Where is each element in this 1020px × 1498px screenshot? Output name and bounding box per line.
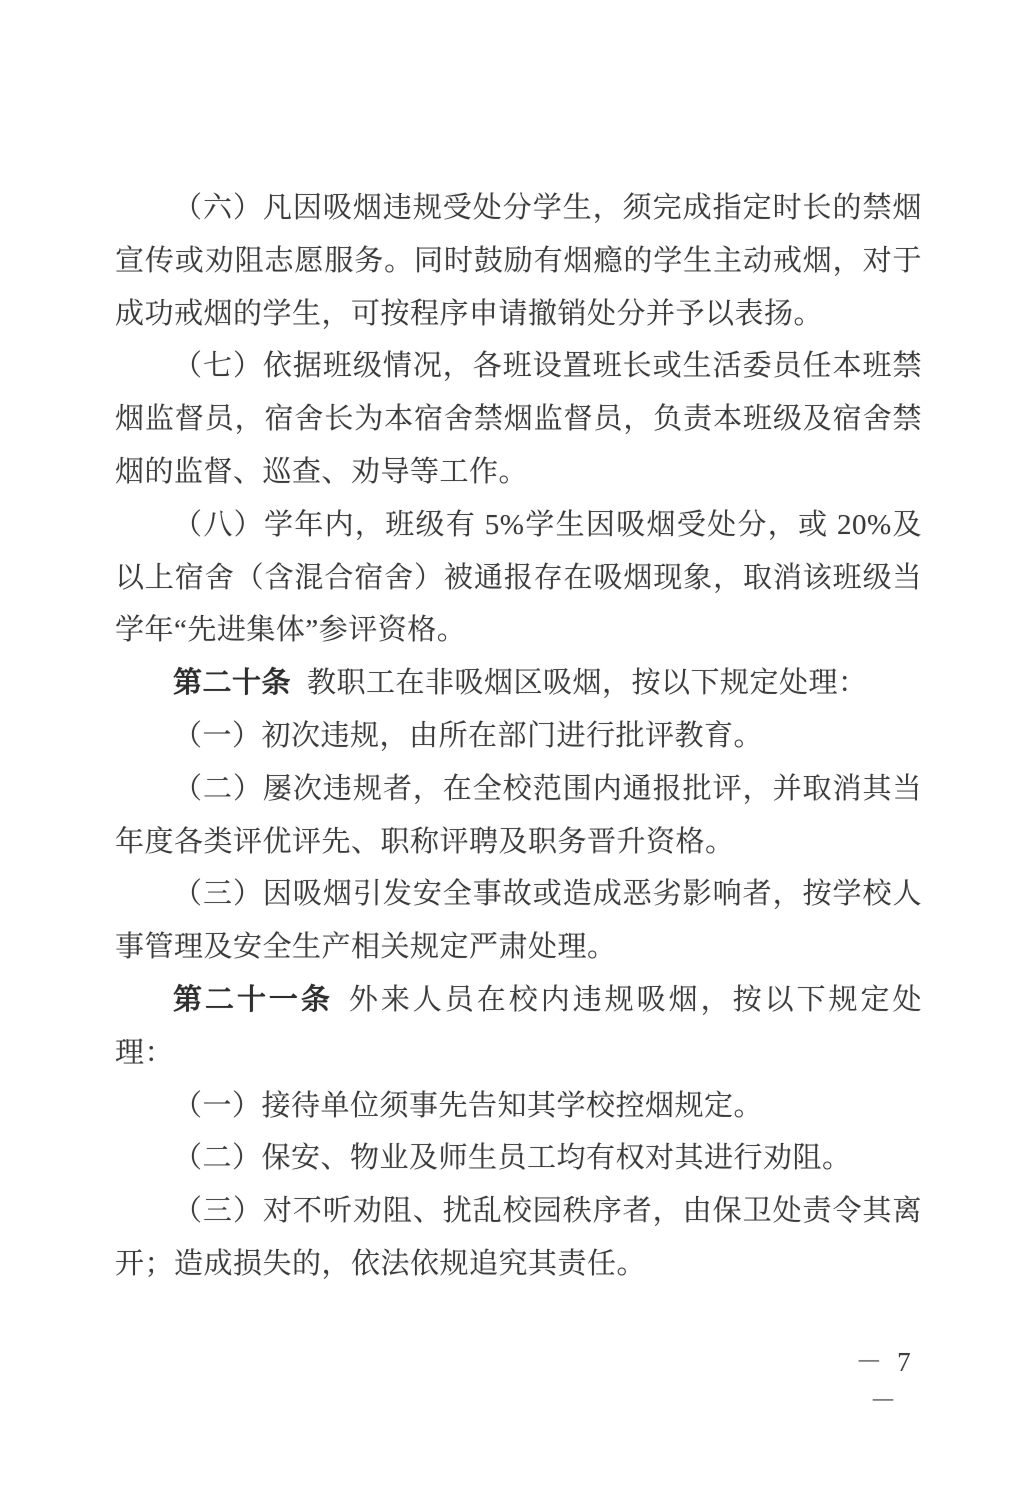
- paragraph-item-6: （六）凡因吸烟违规受处分学生，须完成指定时长的禁烟宣传或劝阻志愿服务。同时鼓励有…: [115, 182, 922, 340]
- paragraph-article-20-item-3: （三）因吸烟引发安全事故或造成恶劣影响者，按学校人事管理及安全生产相关规定严肃处…: [115, 868, 922, 974]
- paragraph-article-20: 第二十条教职工在非吸烟区吸烟，按以下规定处理：: [115, 657, 922, 710]
- paragraph-article-21: 第二十一条外来人员在校内违规吸烟，按以下规定处理：: [115, 974, 922, 1080]
- paragraph-article-20-item-2: （二）屡次违规者，在全校范围内通报批评，并取消其当年度各类评优评先、职称评聘及职…: [115, 763, 922, 869]
- article-text: 教职工在非吸烟区吸烟，按以下规定处理：: [307, 667, 868, 699]
- document-body: （六）凡因吸烟违规受处分学生，须完成指定时长的禁烟宣传或劝阻志愿服务。同时鼓励有…: [115, 182, 922, 1291]
- paragraph-article-21-item-2: （二）保安、物业及师生员工均有权对其进行劝阻。: [115, 1132, 922, 1185]
- document-page: （六）凡因吸烟违规受处分学生，须完成指定时长的禁烟宣传或劝阻志愿服务。同时鼓励有…: [0, 0, 1020, 1498]
- paragraph-item-8: （八）学年内，班级有 5%学生因吸烟受处分，或 20%及以上宿舍（含混合宿舍）被…: [115, 499, 922, 657]
- paragraph-article-20-item-1: （一）初次违规，由所在部门进行批评教育。: [115, 710, 922, 763]
- paragraph-article-21-item-3: （三）对不听劝阻、扰乱校园秩序者，由保卫处责令其离开；造成损失的，依法依规追究其…: [115, 1185, 922, 1291]
- paragraph-item-7: （七）依据班级情况，各班设置班长或生活委员任本班禁烟监督员，宿舍长为本宿舍禁烟监…: [115, 340, 922, 498]
- article-term: 第二十一条: [173, 984, 333, 1016]
- page-number: － 7 －: [840, 1340, 930, 1418]
- article-term: 第二十条: [173, 667, 291, 699]
- paragraph-article-21-item-1: （一）接待单位须事先告知其学校控烟规定。: [115, 1080, 922, 1133]
